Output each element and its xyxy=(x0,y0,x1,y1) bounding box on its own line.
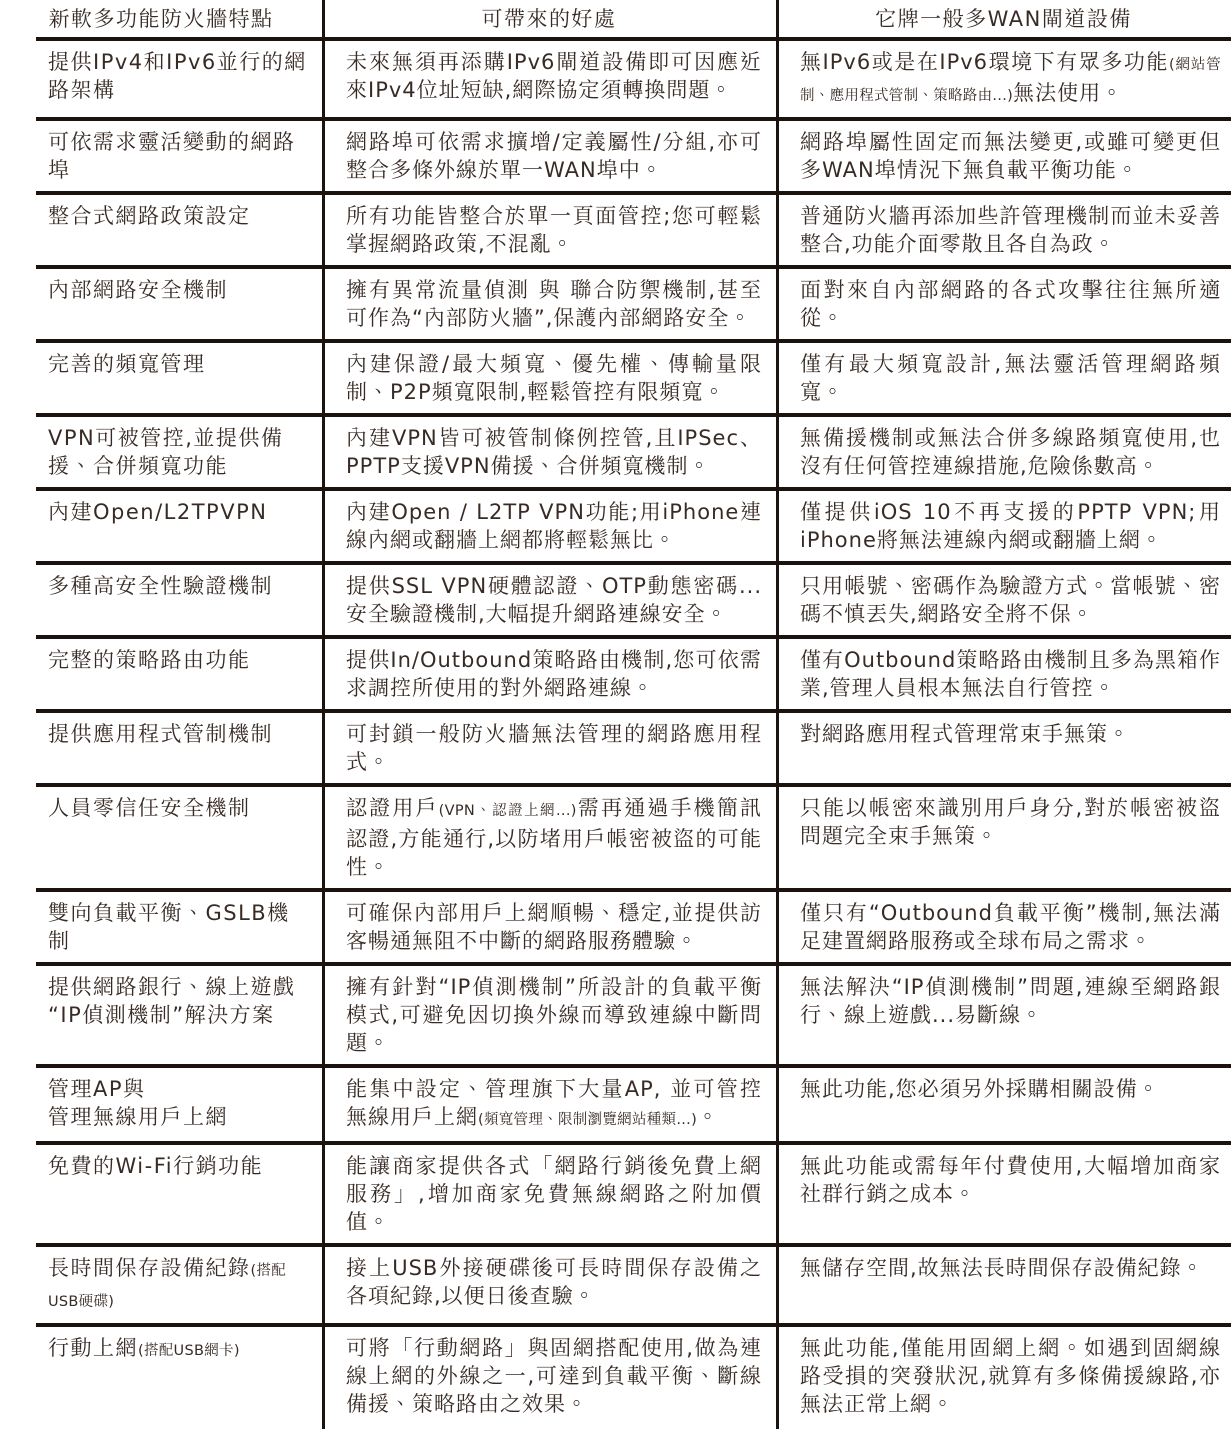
feature-cell: 長時間保存設備紀錄(搭配USB硬碟) xyxy=(0,1247,322,1327)
table-row: 完善的頻寬管理 內建保證/最大頻寬、優先權、傳輸量限制、P2P頻寬限制,輕鬆管控… xyxy=(0,343,1231,417)
feature-cell: 提供網路銀行、線上遊戲“IP偵測機制”解決方案 xyxy=(0,966,322,1040)
table-row: 長時間保存設備紀錄(搭配USB硬碟) 接上USB外接硬碟後可長時間保存設備之各項… xyxy=(0,1247,1231,1327)
competitor-cell: 只能以帳密來識別用戶身分,對於帳密被盜問題完全束手無策。 xyxy=(776,787,1231,861)
table-row: 整合式網路政策設定 所有功能皆整合於單一頁面管控;您可輕鬆掌握網路政策,不混亂。… xyxy=(0,195,1231,269)
feature-cell: 整合式網路政策設定 xyxy=(0,195,322,241)
competitor-cell: 僅提供iOS 10不再支援的PPTP VPN;用iPhone將無法連線內網或翻牆… xyxy=(776,491,1231,565)
benefit-cell: 可封鎖一般防火牆無法管理的網路應用程式。 xyxy=(322,713,776,787)
benefit-cell: 提供SSL VPN硬體認證、OTP動態密碼...安全驗證機制,大幅提升網路連線安… xyxy=(322,565,776,639)
column-divider-2 xyxy=(776,0,779,1429)
table-row: 提供網路銀行、線上遊戲“IP偵測機制”解決方案 擁有針對“IP偵測機制”所設計的… xyxy=(0,966,1231,1068)
feature-cell: 行動上網(搭配USB網卡) xyxy=(0,1327,322,1376)
table-row: VPN可被管控,並提供備援、合併頻寬功能 內建VPN皆可被管制條例控管,且IPS… xyxy=(0,417,1231,491)
feature-cell: 提供IPv4和IPv6並行的網路架構 xyxy=(0,41,322,115)
competitor-cell: 無儲存空間,故無法長時間保存設備紀錄。 xyxy=(776,1247,1231,1293)
table-row: 人員零信任安全機制 認證用戶(VPN、認證上網...)需再通過手機簡訊認證,方能… xyxy=(0,787,1231,892)
table-row: 提供IPv4和IPv6並行的網路架構 未來無須再添購IPv6閘道設備即可因應近來… xyxy=(0,41,1231,121)
table-row: 雙向負載平衡、GSLB機制 可確保內部用戶上網順暢、穩定,並提供訪客暢通無阻不中… xyxy=(0,892,1231,966)
competitor-cell: 僅只有“Outbound負載平衡”機制,無法滿足建置網路服務或全球布局之需求。 xyxy=(776,892,1231,966)
benefit-cell: 未來無須再添購IPv6閘道設備即可因應近來IPv4位址短缺,網際協定須轉換問題。 xyxy=(322,41,776,115)
feature-cell: 免費的Wi-Fi行銷功能 xyxy=(0,1145,322,1191)
feature-cell: 人員零信任安全機制 xyxy=(0,787,322,833)
feature-cell: 雙向負載平衡、GSLB機制 xyxy=(0,892,322,966)
benefit-cell: 可將「行動網路」與固網搭配使用,做為連線上網的外線之一,可達到負載平衡、斷線備援… xyxy=(322,1327,776,1429)
table-row: 免費的Wi-Fi行銷功能 能讓商家提供各式「網路行銷後免費上網服務」,增加商家免… xyxy=(0,1145,1231,1247)
benefit-cell: 內建保證/最大頻寬、優先權、傳輸量限制、P2P頻寬限制,輕鬆管控有限頻寬。 xyxy=(322,343,776,417)
feature-cell: 內建Open/L2TPVPN xyxy=(0,491,322,537)
benefit-cell: 認證用戶(VPN、認證上網...)需再通過手機簡訊認證,方能通行,以防堵用戶帳密… xyxy=(322,787,776,892)
competitor-cell: 無備援機制或無法合併多線路頻寬使用,也沒有任何管控連線措施,危險係數高。 xyxy=(776,417,1231,491)
column-divider-1 xyxy=(322,0,325,1429)
benefit-cell: 可確保內部用戶上網順暢、穩定,並提供訪客暢通無阻不中斷的網路服務體驗。 xyxy=(322,892,776,966)
competitor-cell: 面對來自內部網路的各式攻擊往往無所適從。 xyxy=(776,269,1231,343)
table-row: 提供應用程式管制機制 可封鎖一般防火牆無法管理的網路應用程式。 對網路應用程式管… xyxy=(0,713,1231,787)
benefit-cell: 擁有針對“IP偵測機制”所設計的負載平衡模式,可避免因切換外線而導致連線中斷問題… xyxy=(322,966,776,1068)
feature-cell: 管理AP與 管理無線用戶上網 xyxy=(0,1068,322,1142)
feature-cell: 可依需求靈活變動的網路埠 xyxy=(0,121,322,195)
comparison-table-page: 新軟多功能防火牆特點 可帶來的好處 它牌一般多WAN閘道設備 提供IPv4和IP… xyxy=(0,0,1231,1429)
benefit-cell: 能集中設定、管理旗下大量AP, 並可管控無線用戶上網(頻寬管理、限制瀏覽網站種類… xyxy=(322,1068,776,1145)
benefit-cell: 內建Open / L2TP VPN功能;用iPhone連線內網或翻牆上網都將輕鬆… xyxy=(322,491,776,565)
competitor-cell: 僅有最大頻寬設計,無法靈活管理網路頻寬。 xyxy=(776,343,1231,417)
table-row: 內部網路安全機制 擁有異常流量偵測 與 聯合防禦機制,甚至可作為“內部防火牆”,… xyxy=(0,269,1231,343)
feature-cell: 提供應用程式管制機制 xyxy=(0,713,322,759)
benefit-cell: 所有功能皆整合於單一頁面管控;您可輕鬆掌握網路政策,不混亂。 xyxy=(322,195,776,269)
benefit-cell: 能讓商家提供各式「網路行銷後免費上網服務」,增加商家免費無線網路之附加價值。 xyxy=(322,1145,776,1247)
table-body: 提供IPv4和IPv6並行的網路架構 未來無須再添購IPv6閘道設備即可因應近來… xyxy=(0,41,1231,1429)
feature-cell: 完善的頻寬管理 xyxy=(0,343,322,389)
competitor-cell: 對網路應用程式管理常束手無策。 xyxy=(776,713,1231,759)
header-competitor: 它牌一般多WAN閘道設備 xyxy=(776,0,1231,41)
competitor-cell: 無此功能或需每年付費使用,大幅增加商家社群行銷之成本。 xyxy=(776,1145,1231,1219)
feature-cell: 多種高安全性驗證機制 xyxy=(0,565,322,611)
competitor-cell: 網路埠屬性固定而無法變更,或雖可變更但多WAN埠情況下無負載平衡功能。 xyxy=(776,121,1231,195)
competitor-cell: 無此功能,您必須另外採購相關設備。 xyxy=(776,1068,1231,1114)
table-header-row: 新軟多功能防火牆特點 可帶來的好處 它牌一般多WAN閘道設備 xyxy=(0,0,1231,41)
feature-cell: VPN可被管控,並提供備援、合併頻寬功能 xyxy=(0,417,322,491)
benefit-cell: 接上USB外接硬碟後可長時間保存設備之各項紀錄,以便日後查驗。 xyxy=(322,1247,776,1321)
table-row: 內建Open/L2TPVPN 內建Open / L2TP VPN功能;用iPho… xyxy=(0,491,1231,565)
competitor-cell: 普通防火牆再添加些許管理機制而並未妥善整合,功能介面零散且各自為政。 xyxy=(776,195,1231,269)
table-row: 管理AP與 管理無線用戶上網 能集中設定、管理旗下大量AP, 並可管控無線用戶上… xyxy=(0,1068,1231,1145)
table-row: 行動上網(搭配USB網卡) 可將「行動網路」與固網搭配使用,做為連線上網的外線之… xyxy=(0,1327,1231,1429)
table-row: 可依需求靈活變動的網路埠 網路埠可依需求擴增/定義屬性/分組,亦可整合多條外線於… xyxy=(0,121,1231,195)
header-feature: 新軟多功能防火牆特點 xyxy=(0,0,322,41)
benefit-cell: 內建VPN皆可被管制條例控管,且IPSec、PPTP支援VPN備援、合併頻寬機制… xyxy=(322,417,776,491)
competitor-cell: 無IPv6或是在IPv6環境下有眾多功能(網站管制、應用程式管制、策略路由...… xyxy=(776,41,1231,121)
competitor-cell: 僅有Outbound策略路由機制且多為黑箱作業,管理人員根本無法自行管控。 xyxy=(776,639,1231,713)
competitor-cell: 只用帳號、密碼作為驗證方式。當帳號、密碼不慎丟失,網路安全將不保。 xyxy=(776,565,1231,639)
benefit-cell: 擁有異常流量偵測 與 聯合防禦機制,甚至可作為“內部防火牆”,保護內部網路安全。 xyxy=(322,269,776,343)
feature-cell: 內部網路安全機制 xyxy=(0,269,322,315)
feature-cell: 完整的策略路由功能 xyxy=(0,639,322,685)
competitor-cell: 無此功能,僅能用固網上網。如遇到固網線路受損的突發狀況,就算有多條備援線路,亦無… xyxy=(776,1327,1231,1429)
table-row: 完整的策略路由功能 提供In/Outbound策略路由機制,您可依需求調控所使用… xyxy=(0,639,1231,713)
benefit-cell: 提供In/Outbound策略路由機制,您可依需求調控所使用的對外網路連線。 xyxy=(322,639,776,713)
header-benefit: 可帶來的好處 xyxy=(322,0,776,41)
benefit-cell: 網路埠可依需求擴增/定義屬性/分組,亦可整合多條外線於單一WAN埠中。 xyxy=(322,121,776,195)
table-row: 多種高安全性驗證機制 提供SSL VPN硬體認證、OTP動態密碼...安全驗證機… xyxy=(0,565,1231,639)
competitor-cell: 無法解決“IP偵測機制”問題,連線至網路銀行、線上遊戲...易斷線。 xyxy=(776,966,1231,1040)
firewall-comparison-table: 新軟多功能防火牆特點 可帶來的好處 它牌一般多WAN閘道設備 提供IPv4和IP… xyxy=(0,0,1231,1429)
